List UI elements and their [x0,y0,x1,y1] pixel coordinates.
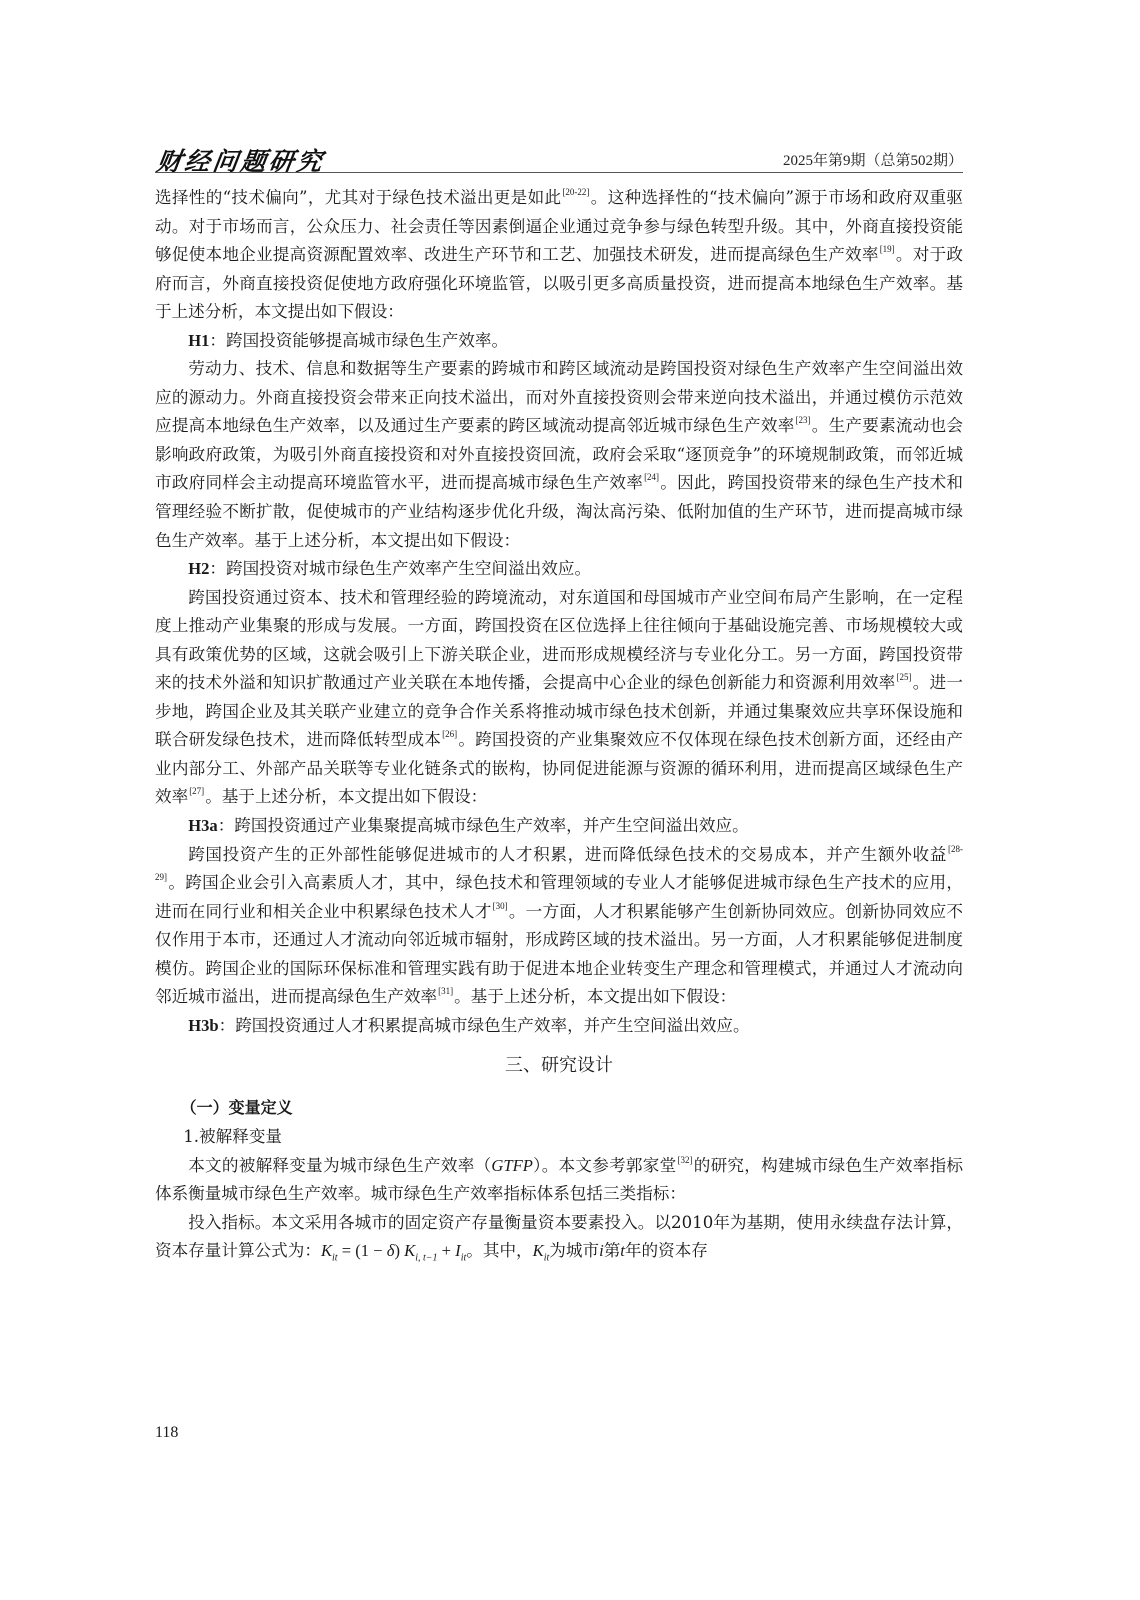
hypothesis-h3b: H3b：跨国投资通过人才积累提高城市绿色生产效率，并产生空间溢出效应。 [155,1012,963,1041]
subsection-heading: （一）变量定义 [155,1094,963,1123]
citation[interactable]: [30] [493,901,508,911]
citation[interactable]: [24] [644,472,659,482]
citation[interactable]: [27] [189,786,204,796]
paragraph-5: 本文的被解释变量为城市绿色生产效率（GTFP）。本文参考郭家堂[32]的研究，构… [155,1152,963,1209]
hypothesis-label: H1 [188,331,209,350]
issue-info: 2025年第9期（总第502期） [783,149,963,170]
variable-k: Kit [533,1241,550,1260]
citation[interactable]: [23] [796,415,811,425]
subsubsection-heading: 1.被解释变量 [155,1123,963,1152]
section-heading: 三、研究设计 [155,1050,963,1082]
capital-stock-formula: Kit = (1 − δ) Ki, t−1 + Iit [321,1241,466,1260]
variable-gtfp: GTFP [491,1156,532,1175]
paragraph-4: 跨国投资产生的正外部性能够促进城市的人才积累，进而降低绿色技术的交易成本，并产生… [155,841,963,1012]
header-divider [155,172,963,173]
page-number: 118 [155,1424,178,1442]
citation[interactable]: [32] [677,1155,692,1165]
citation[interactable]: [20-22] [562,187,589,197]
hypothesis-h2: H2：跨国投资对城市绿色生产效率产生空间溢出效应。 [155,555,963,584]
paragraph-2: 劳动力、技术、信息和数据等生产要素的跨城市和跨区域流动是跨国投资对绿色生产效率产… [155,355,963,555]
paragraph-3: 跨国投资通过资本、技术和管理经验的跨境流动，对东道国和母国城市产业空间布局产生影… [155,584,963,812]
article-body: 选择性的“技术偏向”，尤其对于绿色技术溢出更是如此[20-22]。这种选择性的“… [155,184,963,1273]
citation[interactable]: [19] [880,244,895,254]
hypothesis-label: H2 [188,559,209,578]
citation[interactable]: [26] [442,729,457,739]
running-header: 财经问题研究 2025年第9期（总第502期） [155,142,963,172]
citation[interactable]: [25] [897,672,912,682]
hypothesis-label: H3a [188,816,218,835]
hypothesis-h1: H1：跨国投资能够提高城市绿色生产效率。 [155,327,963,356]
hypothesis-label: H3b [188,1016,218,1035]
hypothesis-h3a: H3a：跨国投资通过产业集聚提高城市绿色生产效率，并产生空间溢出效应。 [155,812,963,841]
paragraph-6: 投入指标。本文采用各城市的固定资产存量衡量资本要素投入。以2010年为基期，使用… [155,1209,963,1273]
citation[interactable]: [31] [438,986,453,996]
paragraph-1: 选择性的“技术偏向”，尤其对于绿色技术溢出更是如此[20-22]。这种选择性的“… [155,184,963,327]
